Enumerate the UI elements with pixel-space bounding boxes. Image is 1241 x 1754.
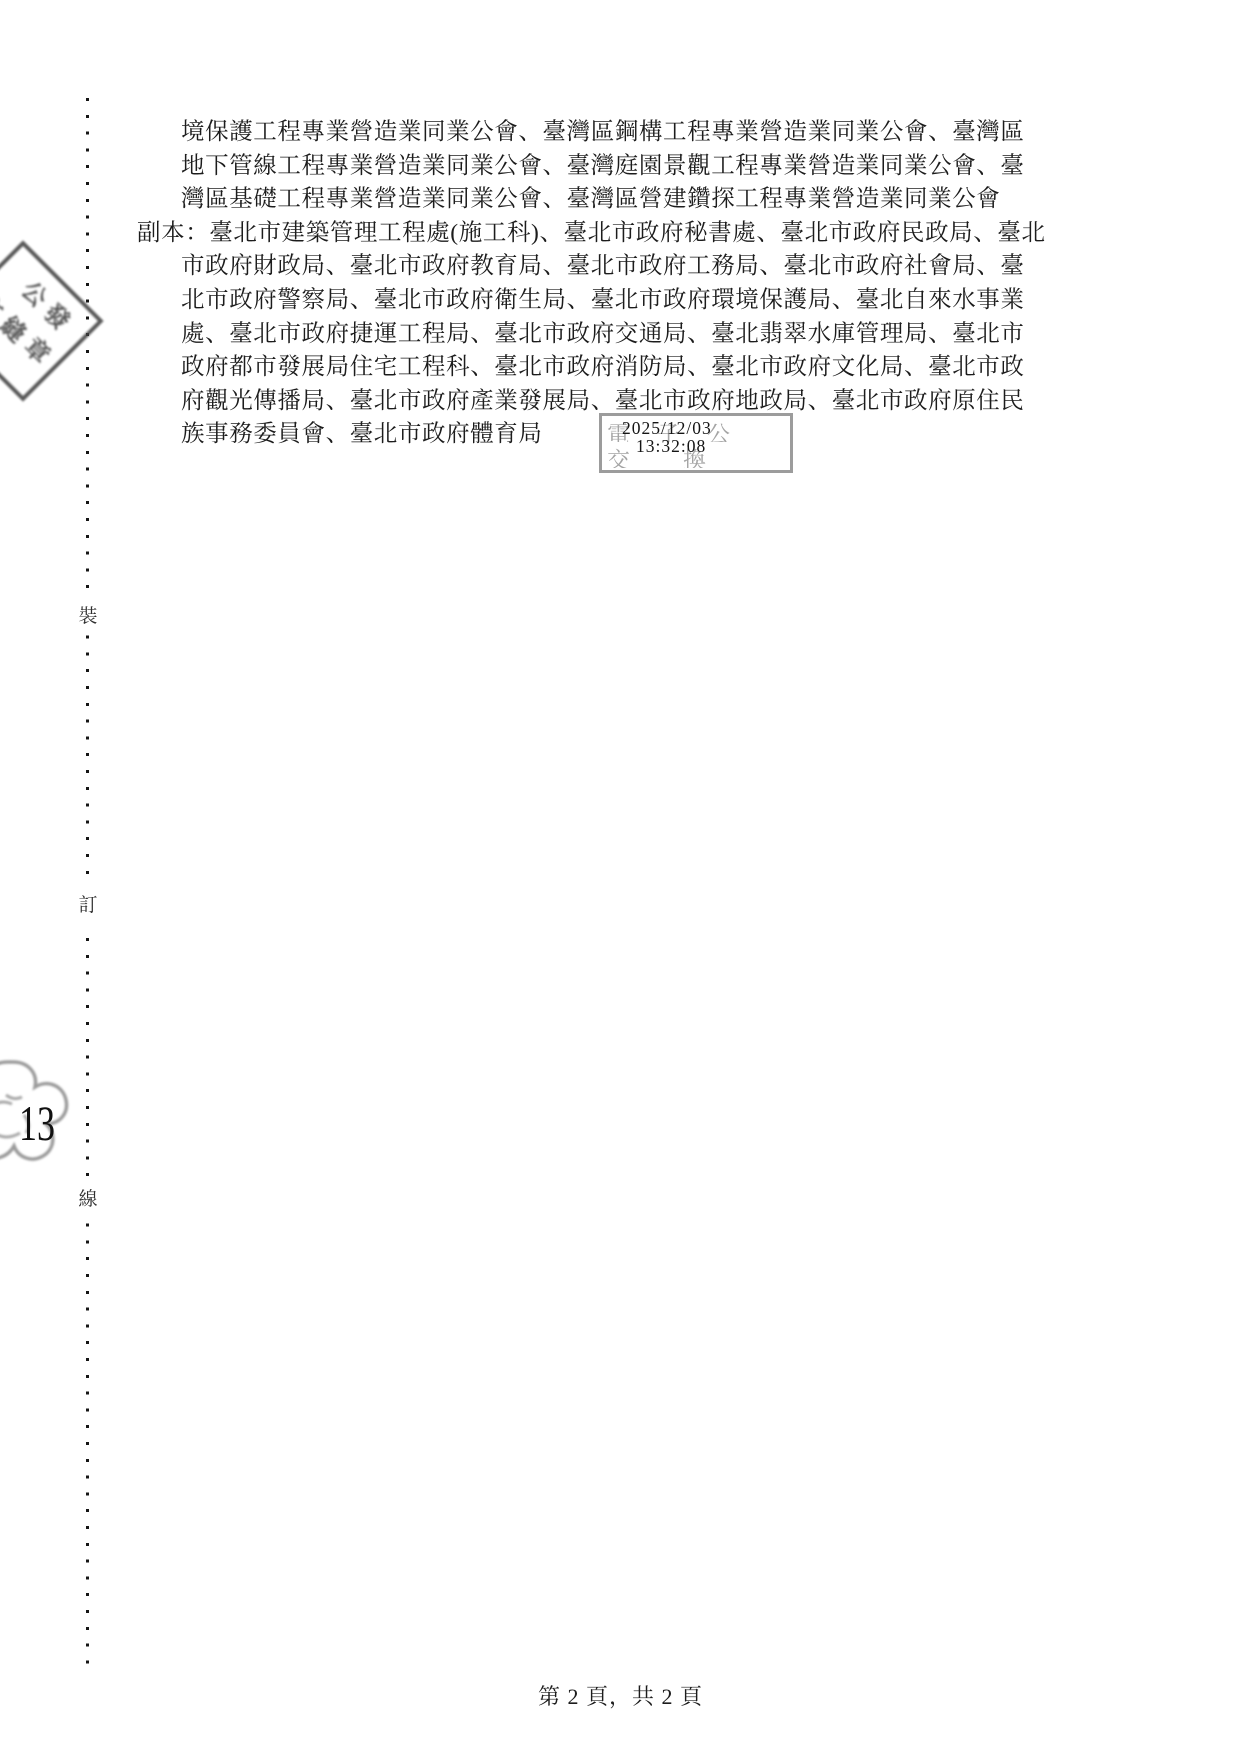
exchange-stamp-time: 13:32:08	[636, 436, 706, 457]
body-line: 政府都市發展局住宅工程科、臺北市政府消防局、臺北市政府文化局、臺北市政	[137, 351, 1046, 385]
body-line: 北市政府警察局、臺北市政府衛生局、臺北市政府環境保護局、臺北自來水事業	[137, 284, 1046, 318]
page-number-stamp: 13	[19, 1096, 55, 1151]
copy-to-line: 副本：臺北市建築管理工程處(施工科)、臺北市政府秘書處、臺北市政府民政局、臺北	[137, 217, 1046, 251]
copy-to-label: 副本：	[137, 220, 209, 246]
binding-mark-ding: 訂	[75, 883, 101, 924]
binding-mark-zhuang: 裝	[75, 594, 101, 635]
body-line: 境保護工程專業營造業同業公會、臺灣區鋼構工程專業營造業同業公會、臺灣區	[137, 116, 1046, 150]
body-line: 地下管線工程專業營造業同業公會、臺灣庭園景觀工程專業營造業同業公會、臺	[137, 150, 1046, 184]
binding-mark-xian: 線	[75, 1177, 101, 1218]
body-line: 族事務委員會、臺北市政府體育局	[137, 418, 1046, 452]
body-line: 灣區基礎工程專業營造業同業公會、臺灣區營建鑽探工程專業營造業同業公會	[137, 183, 1046, 217]
footer-page-indicator: 第 2 頁，共 2 頁	[0, 1680, 1241, 1711]
body-line: 市政府財政局、臺北市政府教育局、臺北市政府工務局、臺北市政府社會局、臺	[137, 250, 1046, 284]
electronic-exchange-stamp: 電子公文 交換章 2025/12/03 13:32:08	[599, 413, 793, 473]
recipient-list-text: 境保護工程專業營造業同業公會、臺灣區鋼構工程專業營造業同業公會、臺灣區 地下管線…	[137, 116, 1046, 452]
document-page: { "colors": { "ink": "#1c1c1c", "exchang…	[0, 0, 1241, 1754]
body-line: 臺北市建築管理工程處(施工科)、臺北市政府秘書處、臺北市政府民政局、臺北	[209, 220, 1045, 246]
body-line: 處、臺北市政府捷運工程局、臺北市政府交通局、臺北翡翠水庫管理局、臺北市	[137, 318, 1046, 352]
body-line: 府觀光傳播局、臺北市政府產業發展局、臺北市政府地政局、臺北市政府原住民	[137, 385, 1046, 419]
